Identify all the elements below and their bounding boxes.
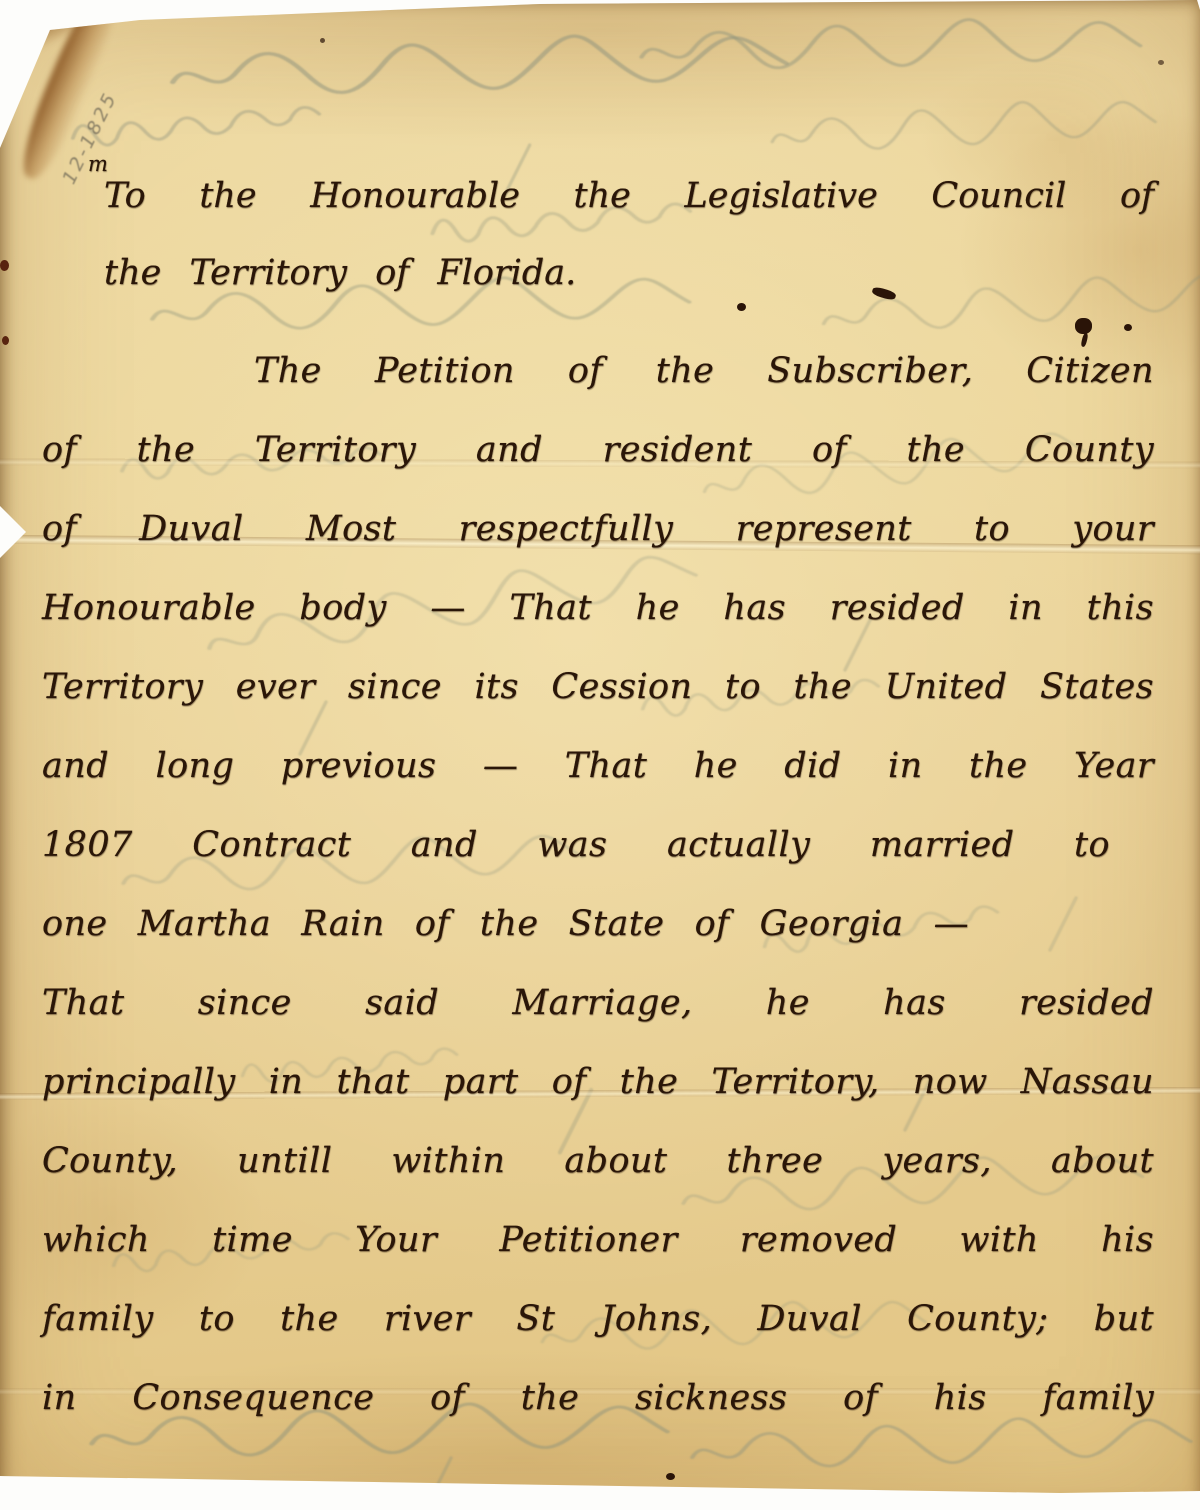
- ink-speck: [320, 38, 325, 43]
- manuscript-line: Territory ever since its Cession to the …: [42, 648, 1154, 727]
- ink-speck: [2, 336, 9, 345]
- manuscript-line: and long previous — That he did in the Y…: [42, 727, 1154, 806]
- heading-line: the Territory of Florida.: [42, 235, 1154, 312]
- manuscript-line: Honourable body — That he has resided in…: [42, 569, 1154, 648]
- manuscript-line: in Consequence of the sickness of his fa…: [42, 1359, 1154, 1438]
- ink-speck: [1124, 324, 1132, 331]
- manuscript-line: of Duval Most respectfully represent to …: [42, 490, 1154, 569]
- manuscript-line: That since said Marriage, he has resided: [42, 964, 1154, 1043]
- manuscript-line: of the Territory and resident of the Cou…: [42, 411, 1154, 490]
- petition-body: The Petition of the Subscriber, Citizen …: [42, 332, 1154, 1438]
- manuscript-line: family to the river St Johns, Duval Coun…: [42, 1280, 1154, 1359]
- ink-speck: [1158, 60, 1164, 65]
- scan-background: 12-1825 m To the Honourable the Legislat…: [0, 0, 1200, 1510]
- manuscript-line: one Martha Rain of the State of Georgia …: [42, 885, 1154, 964]
- manuscript-line: County, untill within about three years,…: [42, 1122, 1154, 1201]
- manuscript-line: The Petition of the Subscriber, Citizen: [42, 332, 1154, 411]
- manuscript-line: which time Your Petitioner removed with …: [42, 1201, 1154, 1280]
- ink-speck: [8, 86, 19, 101]
- heading-line: To the Honourable the Legislative Counci…: [42, 158, 1154, 235]
- ink-speck: [0, 260, 9, 271]
- manuscript-line: principally in that part of the Territor…: [42, 1043, 1154, 1122]
- ink-mark: m: [88, 154, 108, 175]
- ink-speck: [666, 1473, 675, 1480]
- document-heading: m To the Honourable the Legislative Coun…: [42, 158, 1154, 312]
- manuscript-line: 1807 Contract and was actually married t…: [42, 806, 1154, 885]
- document-paper: 12-1825 m To the Honourable the Legislat…: [0, 0, 1200, 1510]
